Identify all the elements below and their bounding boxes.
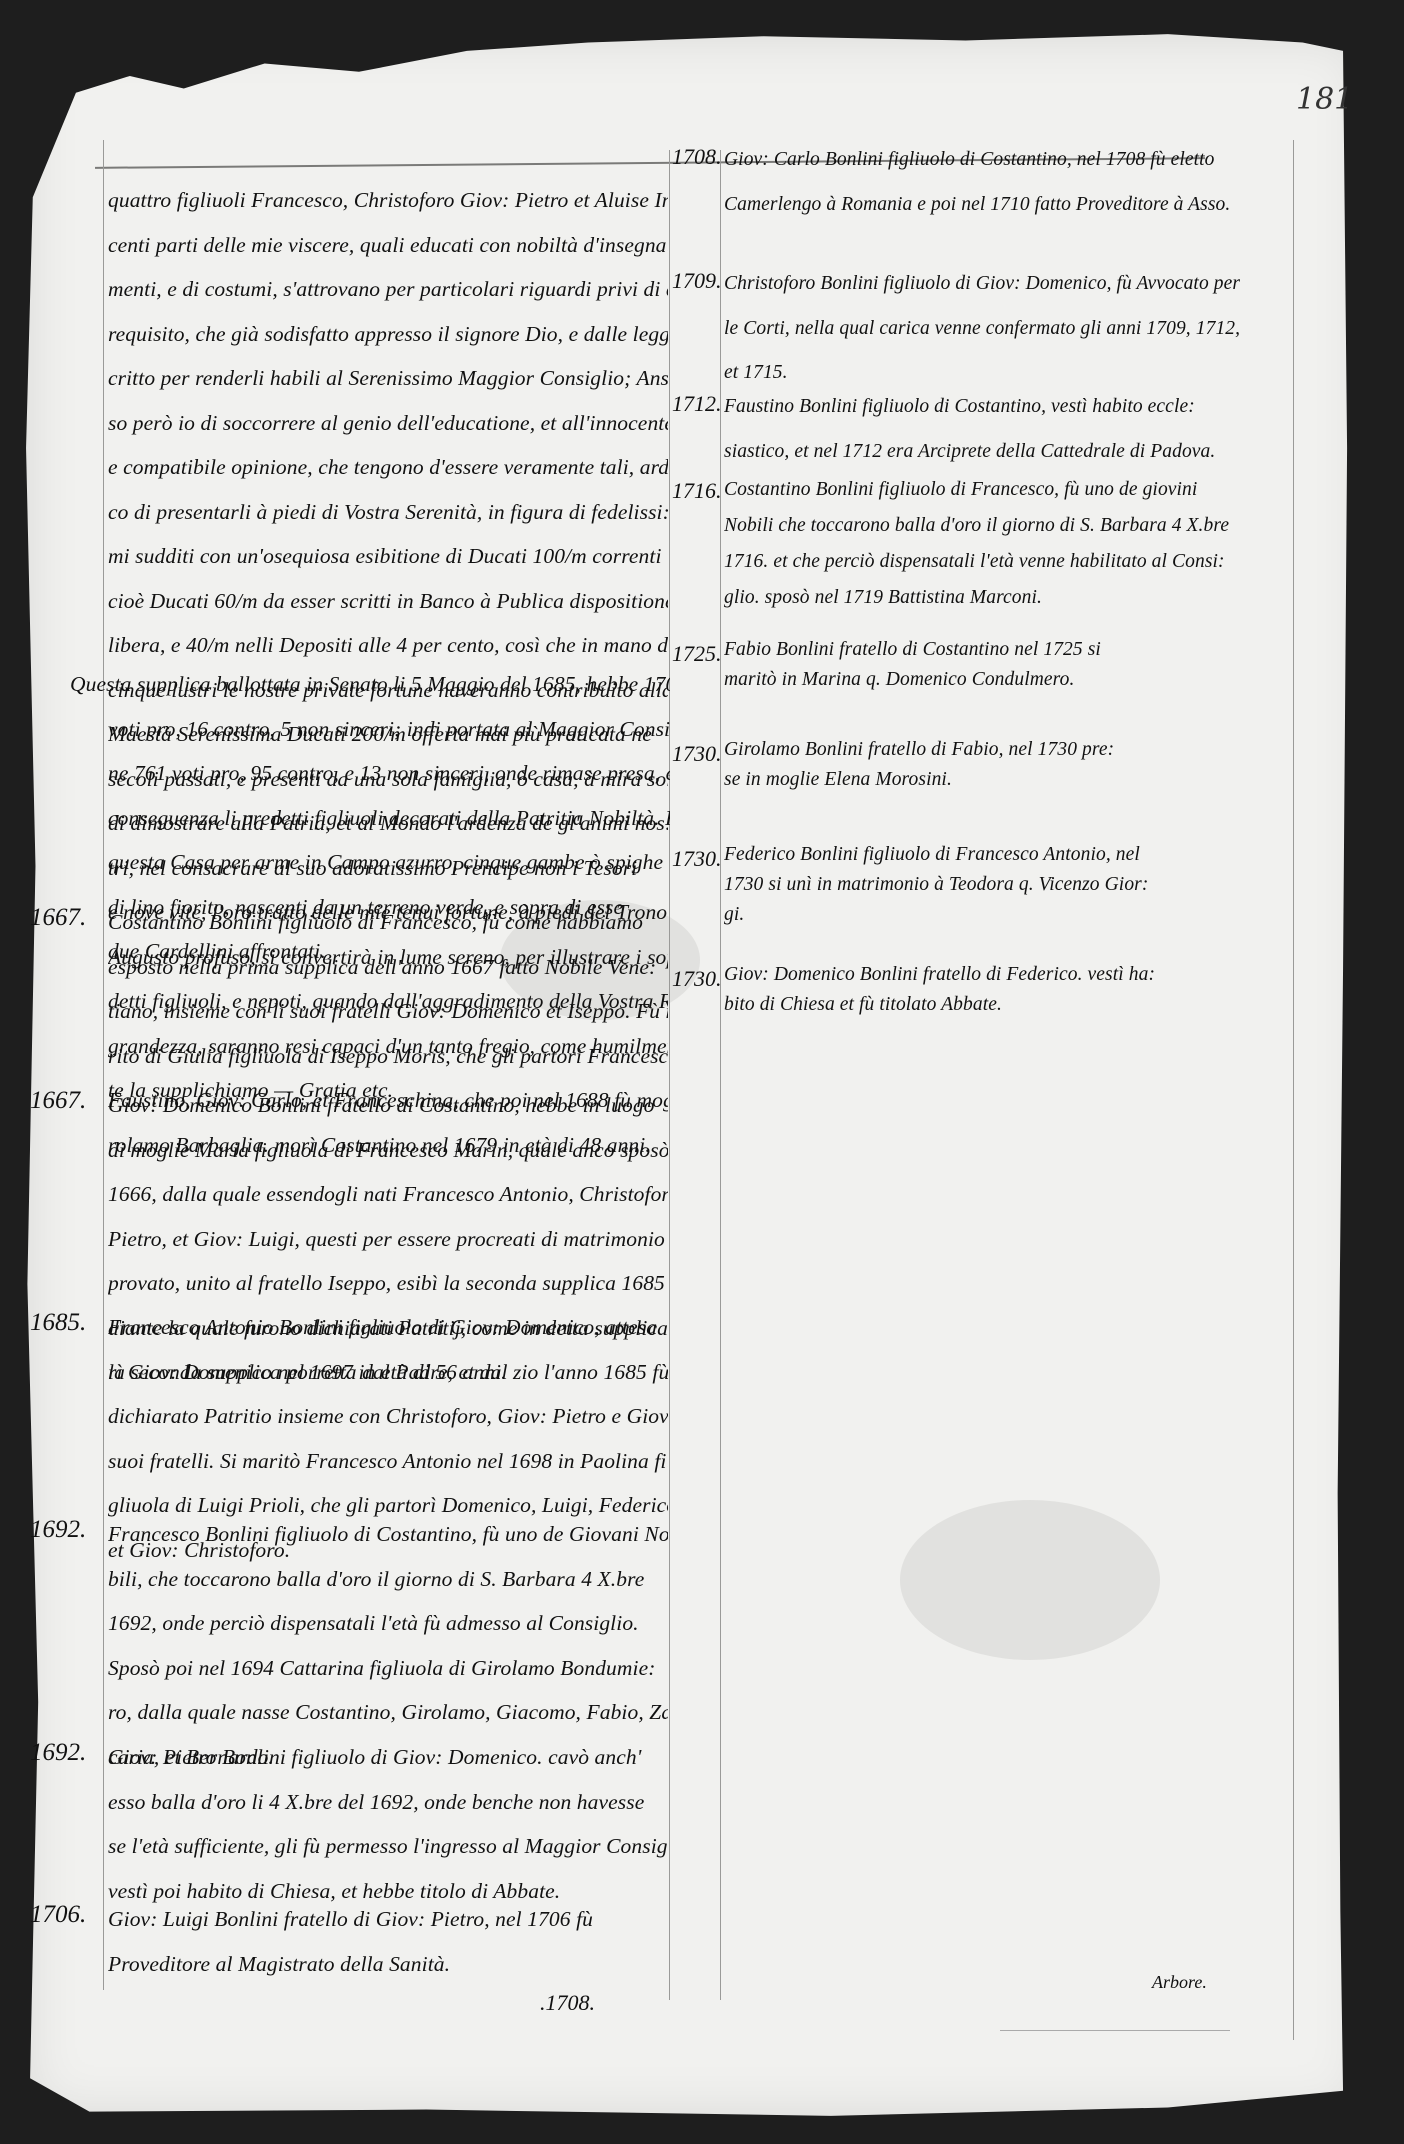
text-line: mi sudditi con un'osequiosa esibitione d… (108, 534, 668, 579)
text-line: Questa supplica ballottata in Senato li … (70, 662, 670, 707)
text-line: rito di Giulia figliuola di Iseppo Moris… (108, 1034, 668, 1079)
entry-year: 1730. (672, 846, 722, 872)
text-line: requisito, che già sodisfatto appresso i… (108, 312, 668, 357)
entry-year: 1716. (672, 478, 722, 504)
text-line: Camerlengo à Romania e poi nel 1710 fatt… (724, 183, 1294, 228)
text-line: Giov: Carlo Bonlini figliuolo di Costant… (724, 138, 1294, 183)
paper-stain (900, 1500, 1160, 1660)
entry-giov-carlo-1708: 1708. Giov: Carlo Bonlini figliuolo di C… (724, 138, 1294, 227)
text-line: Francesco Bonlini figliuolo di Costantin… (108, 1512, 668, 1557)
entry-year: 1725. (672, 641, 722, 667)
text-line: conseguenza li predetti figliuoli decora… (70, 796, 670, 841)
text-line: Pietro, et Giov: Luigi, questi per esser… (108, 1217, 668, 1262)
entry-year: 1685. (30, 1309, 86, 1337)
entry-year: 1709. (672, 268, 722, 294)
text-line: Nobili che toccarono balla d'oro il gior… (724, 508, 1294, 544)
text-line: di moglie Maria figliuola di Francesco M… (108, 1128, 668, 1173)
text-line: centi parti delle mie viscere, quali edu… (108, 223, 668, 268)
entry-year: 1692. (30, 1516, 86, 1544)
text-line: Proveditore al Magistrato della Sanità. (108, 1942, 668, 1987)
text-line: ro, dalla quale nasse Costantino, Girola… (108, 1690, 668, 1735)
text-line: Fabio Bonlini fratello di Costantino nel… (724, 635, 1294, 665)
text-line: siastico, et nel 1712 era Arciprete dell… (724, 430, 1294, 475)
text-line: Faustino Bonlini figliuolo di Costantino… (724, 385, 1294, 430)
text-line: bili, che toccarono balla d'oro il giorn… (108, 1557, 668, 1602)
text-line: Giov: Domenico Bonlini fratello di Costa… (108, 1083, 668, 1128)
catchword-left: .1708. (540, 1990, 595, 2016)
text-line: dichiarato Patritio insieme con Christof… (108, 1394, 668, 1439)
text-line: maritò in Marina q. Domenico Condulmero. (724, 665, 1294, 695)
entry-year: 1712. (672, 391, 722, 417)
text-line: so però io di soccorrere al genio dell'e… (108, 401, 668, 446)
text-line: quattro figliuoli Francesco, Christoforo… (108, 178, 668, 223)
text-line: la seconda supplica porretta dal Padre, … (108, 1350, 668, 1395)
text-line: glio. sposò nel 1719 Battistina Marconi. (724, 580, 1294, 616)
text-line: menti, e di costumi, s'attrovano per par… (108, 267, 668, 312)
text-line: esso balla d'oro li 4 X.bre del 1692, on… (108, 1780, 668, 1825)
entry-giov-domenico-1730: 1730. Giov: Domenico Bonlini fratello di… (724, 960, 1294, 1020)
text-line: Giov: Domenico Bonlini fratello di Feder… (724, 960, 1294, 990)
text-line: cioè Ducati 60/m da esser scritti in Ban… (108, 579, 668, 624)
entry-girolamo-1730: 1730. Girolamo Bonlini fratello di Fabio… (724, 735, 1294, 795)
left-margin-rule (103, 140, 104, 1990)
text-line: Costantino Bonlini figliuolo di Francesc… (108, 900, 668, 945)
bottom-rule (1000, 2030, 1230, 2031)
entry-year: 1708. (672, 144, 722, 170)
text-line: Christoforo Bonlini figliuolo di Giov: D… (724, 262, 1294, 307)
column-divider-rule (669, 150, 670, 2000)
text-line: Girolamo Bonlini fratello di Fabio, nel … (724, 735, 1294, 765)
entry-year: 1706. (30, 1901, 86, 1929)
entry-costantino-1716: 1716. Costantino Bonlini figliuolo di Fr… (724, 472, 1294, 616)
text-line: esposto nella prima supplica dell'anno 1… (108, 945, 668, 990)
text-line: Costantino Bonlini figliuolo di Francesc… (724, 472, 1294, 508)
text-line: 1716. et che perciò dispensatali l'età v… (724, 544, 1294, 580)
entry-year: 1667. (30, 904, 86, 932)
entry-giov-pietro-1692: 1692. Giov: Pietro Bonlini figliuolo di … (108, 1735, 668, 1913)
entry-year: 1730. (672, 966, 722, 992)
text-line: Giov: Pietro Bonlini figliuolo di Giov: … (108, 1735, 668, 1780)
text-line: critto per renderli habili al Serenissim… (108, 356, 668, 401)
text-line: gi. (724, 900, 1294, 930)
text-line: tiano, insieme con li suoi fratelli Giov… (108, 989, 668, 1034)
text-line: se l'età sufficiente, gli fù permesso l'… (108, 1824, 668, 1869)
text-line: Giov: Luigi Bonlini fratello di Giov: Pi… (108, 1897, 668, 1942)
text-line: e compatibile opinione, che tengono d'es… (108, 445, 668, 490)
text-line: 1730 si unì in matrimonio à Teodora q. V… (724, 870, 1294, 900)
text-line: questa Casa per arme in Campo azurro, ci… (70, 840, 670, 885)
entry-christoforo-1709: 1709. Christoforo Bonlini figliuolo di G… (724, 262, 1294, 396)
text-line: suoi fratelli. Si maritò Francesco Anton… (108, 1439, 668, 1484)
catchword-right: Arbore. (1152, 1972, 1207, 1993)
entry-giov-luigi-1706: 1706. Giov: Luigi Bonlini fratello di Gi… (108, 1897, 668, 1986)
text-line: 1666, dalla quale essendogli nati France… (108, 1172, 668, 1217)
text-line: libera, e 40/m nelli Depositi alle 4 per… (108, 623, 668, 668)
text-line: le Corti, nella qual carica venne confer… (724, 307, 1294, 352)
entry-fabio-1725: 1725. Fabio Bonlini fratello di Costanti… (724, 635, 1294, 695)
text-line: voti pro, 16 contro, 5 non sinceri; indi… (70, 707, 670, 752)
folio-number: 181 (1296, 82, 1353, 117)
entry-year: 1730. (672, 741, 722, 767)
text-line: co di presentarli à piedi di Vostra Sere… (108, 490, 668, 535)
text-line: Federico Bonlini figliuolo di Francesco … (724, 840, 1294, 870)
text-line: se in moglie Elena Morosini. (724, 765, 1294, 795)
entry-federico-1730: 1730. Federico Bonlini figliuolo di Fran… (724, 840, 1294, 930)
text-line: provato, unito al fratello Iseppo, esibì… (108, 1261, 668, 1306)
text-line: Sposò poi nel 1694 Cattarina figliuola d… (108, 1646, 668, 1691)
text-line: Francesco Antonio Bonlini figliuolo di G… (108, 1305, 668, 1350)
text-line: 1692, onde perciò dispensatali l'età fù … (108, 1601, 668, 1646)
entry-year: 1692. (30, 1739, 86, 1767)
entry-year: 1667. (30, 1087, 86, 1115)
right-year-rule (720, 150, 721, 2000)
text-line: bito di Chiesa et fù titolato Abbate. (724, 990, 1294, 1020)
text-line: ne 761 voti pro, 95 contro, e 13 non sin… (70, 751, 670, 796)
entry-faustino-1712: 1712. Faustino Bonlini figliuolo di Cost… (724, 385, 1294, 474)
